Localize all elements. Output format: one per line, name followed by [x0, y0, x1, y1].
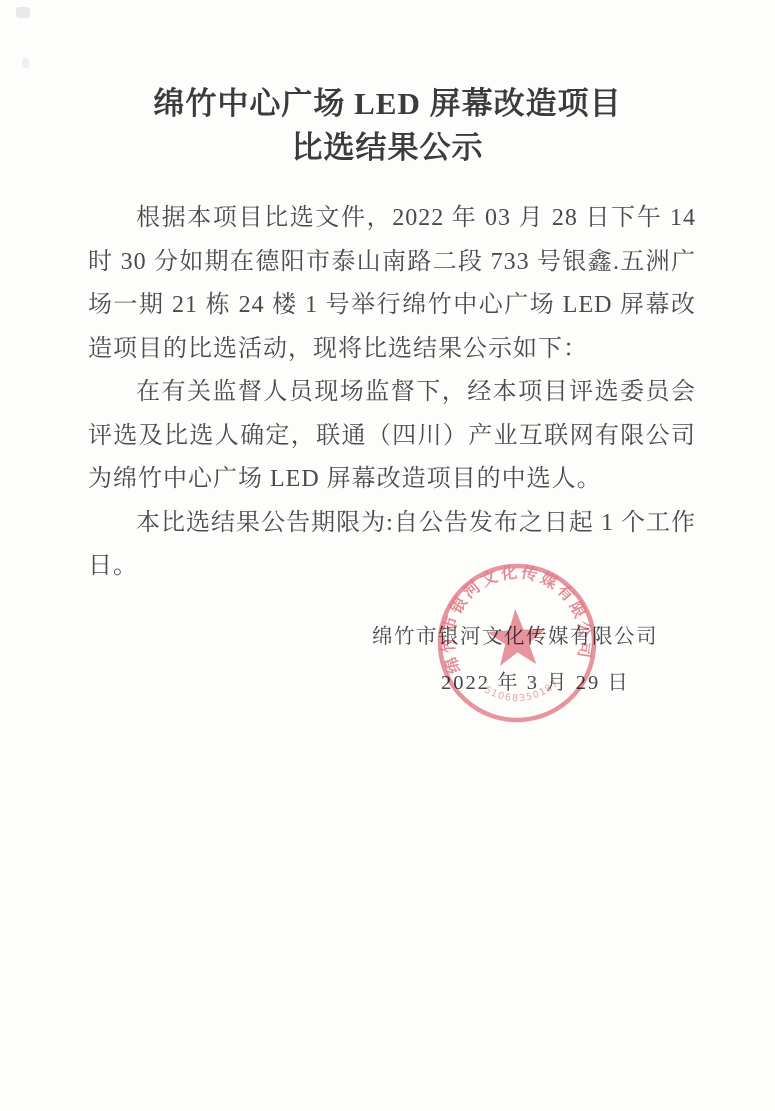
- document-page: 绵竹中心广场 LED 屏幕改造项目 比选结果公示 根据本项目比选文件，2022 …: [0, 0, 775, 1111]
- signature-company: 绵竹市银河文化传媒有限公司: [372, 619, 658, 649]
- body-paragraph-2: 在有关监督人员现场监督下，经本项目评选委员会评选及比选人确定，联通（四川）产业互…: [88, 371, 696, 502]
- document-body: 根据本项目比选文件，2022 年 03 月 28 日下午 14 时 30 分如期…: [88, 197, 696, 589]
- title-line-2: 比选结果公示: [0, 126, 775, 170]
- body-paragraph-1: 根据本项目比选文件，2022 年 03 月 28 日下午 14 时 30 分如期…: [88, 197, 696, 371]
- signature-date: 2022 年 3 月 29 日: [441, 665, 630, 695]
- body-paragraph-3: 本比选结果公告期限为:自公告发布之日起 1 个工作日。: [88, 502, 696, 589]
- title-line-1: 绵竹中心广场 LED 屏幕改造项目: [0, 82, 775, 126]
- scan-artifact: [22, 58, 29, 68]
- scan-artifact: [16, 7, 30, 18]
- document-title: 绵竹中心广场 LED 屏幕改造项目 比选结果公示: [0, 82, 775, 170]
